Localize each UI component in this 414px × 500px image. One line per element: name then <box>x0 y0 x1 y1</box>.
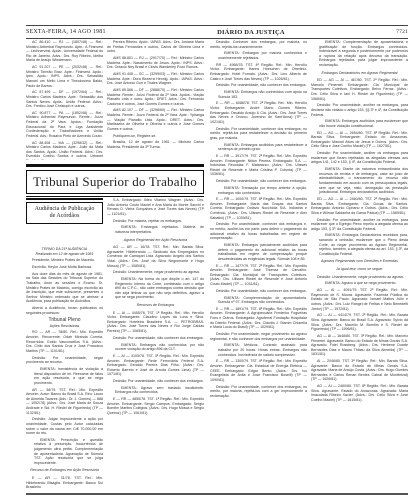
decision: Decisão: Por unanimidade, negar provimen… <box>210 332 307 341</box>
case-entry: E — RR — 1477/79. TST. 2ª Região. Rel.: … <box>210 264 307 287</box>
case-entry: E — RR — 6088/78. TST. 2ª Região. Rel.: … <box>210 101 307 124</box>
article-paragraph: AC 87.499 — DF — (1972/64) — Rel.: Minis… <box>26 90 103 108</box>
decision: Decisão: Por unanimidade, acolher os emb… <box>311 151 408 165</box>
ementa: EMENTA: Diante da natureza extraordinári… <box>319 167 408 195</box>
case-entry: E — AI — 4455/78. TST. 1ª Região. Rel.: … <box>107 311 204 334</box>
column-1-top: AC 86.410 — RJ — (1807/48) — Rel.: Minis… <box>26 40 103 160</box>
article-paragraph: Publiquem-se, Registre-se. <box>107 134 204 139</box>
article-paragraph: AC 86.410 — RJ — (1807/48) — Rel.: Minis… <box>26 40 103 63</box>
article-paragraph: Aos doze dias do mês de agosto de 1981, … <box>26 272 103 304</box>
sub-banner: Audiência de Publicação de Acórdãos <box>26 198 103 226</box>
session-date: Realizada em 12 de agosto de 1981 <box>26 252 103 257</box>
case-entry: AG — AR — 16/78. TST. Rel.: Min. Barata … <box>107 245 204 268</box>
publication-title: DIÁRIO DA JUSTIÇA <box>217 29 285 36</box>
article-paragraph: AC 90.877 — PA — (1852/48) — Rel.: Minis… <box>26 111 103 139</box>
case-entry: AI — 2046/80. TST. 3ª Região. Rel.: Min.… <box>311 359 408 382</box>
article-paragraph: AMS 91.408 — SC — (3299/03) — Rel.: Mini… <box>107 72 204 86</box>
case-entry: AG — AI — 1648/80. TST. 3ª Região. Rel.:… <box>311 334 408 357</box>
subsection-heading: Recurso de Embargos em Ação Rescisória <box>26 468 103 473</box>
decision: Decisão: Por unanimidade, não conhecer d… <box>107 379 204 384</box>
case-entry: E — AR — 31/78. TST. Rel.: Min. Hildebra… <box>26 476 103 490</box>
case-entry: AR — 38/79. TST. Rel.: Min. Expedito Amo… <box>26 388 103 416</box>
decision: Decisão: Unanimemente, negar provimento … <box>107 270 204 275</box>
case-entry: E — RR — 1000/79. TST. 8ª Região. Rel.: … <box>210 197 307 220</box>
case-entry: E — RR — 1891/79. TST. 8ª Região. Rel.: … <box>210 307 307 330</box>
decision: Decisão: Por unanimidade, não conhecer d… <box>210 289 307 294</box>
page-number: 7721 <box>396 29 408 35</box>
ementa: EMENTA: Complementação de aposentadoria … <box>319 40 408 68</box>
case-entry: RR — 4968/78. TST. 4ª Região. Rel.: Min.… <box>210 63 307 81</box>
ementa: EMENTA: Agravo sem traslado insuficiente… <box>115 386 204 395</box>
article-paragraph: Brasília, 12 de agosto de 1981 — Ministr… <box>107 140 204 149</box>
case-entry: E — AI — 3105/78. TST. 3ª Região. Rel.: … <box>107 354 204 377</box>
article-paragraph: AMS 89.566 — DF — (2888/70) — Rel.: Mini… <box>107 88 204 106</box>
decision: Decisão: Por maioria, rejeitar os embarg… <box>107 219 204 224</box>
section-subtitle: Ações Rescisórias <box>26 324 103 329</box>
session-clerk: Escrivão: Heylor José Motta Barbosa. <box>26 265 103 270</box>
ementa: EMENTA: Embargos por maioria conhecidos … <box>218 51 307 60</box>
issue-date: SEXTA-FEIRA, 14 AGO 1981 <box>26 29 106 35</box>
page-header: SEXTA-FEIRA, 14 AGO 1981 DIÁRIO DA JUSTI… <box>26 25 408 39</box>
column-2-bottom: S.A. Embargado: Ildeu Vilarino Wagner. (… <box>107 198 204 494</box>
bottom-rule <box>26 493 408 495</box>
section-banner: Tribunal Superior do Trabalho <box>26 164 204 197</box>
case-entry: S.A. Embargado: Ildeu Vilarino Wagner. (… <box>107 198 204 216</box>
decision: Decisão: Por unanimidade, não conhecer d… <box>107 336 204 341</box>
decision: Decisão: Por unanimidade, conhecer dos e… <box>210 385 307 399</box>
ementa: EMENTA: Embargos rejeitados. Matéria de … <box>115 225 204 234</box>
column-4: EMENTA: Complementação de aposentadoria … <box>311 40 408 495</box>
article-paragraph: AMS 88.801 — RJ — (2917/70) — Rel.: Mini… <box>107 56 204 70</box>
subsection-note: Já igual teor, como se segue: <box>311 267 408 272</box>
article-paragraph: AMS 82.107 — DF — (3298/60) — Rel.: Mini… <box>107 108 204 131</box>
case-entry: ED — AG — AI — 2460/80. TST. 2ª Região. … <box>311 197 408 215</box>
ementa: EMENTA: Complementação de aposentadoria.… <box>218 296 307 305</box>
decision: Decisão: Por unanimidade, acolher os emb… <box>311 218 408 232</box>
ementa: EMENTA: Agravo a que se nega provimento. <box>319 281 408 286</box>
decision: Decisão: Por unanimidade, não conhecer d… <box>210 179 307 184</box>
section-title: Tribunal Pleno <box>26 318 103 323</box>
banner-title: Tribunal Superior do Trabalho <box>26 170 204 194</box>
case-entry: ED — AG — AI — 467/80. TST. 2ª Região. R… <box>311 78 408 101</box>
decision: Decisão: Por unanimidade, conhecer dos e… <box>210 127 307 141</box>
ementa: EMENTA: Embargos não conhecidos por não … <box>115 343 204 352</box>
subsection-heading: Embargos Declaratórios em Agravo Regimen… <box>311 71 408 76</box>
ementa: EMENTA: Embargos acolhidos para restabel… <box>218 143 307 152</box>
decision: Decisão: Unanimemente, negar provimento … <box>311 275 408 280</box>
session-president: Presidente: Ministro Prates de Macedo. <box>26 258 103 263</box>
decision: Decisão: Por unanimidade, não conhecer d… <box>210 83 307 88</box>
decision: Decisão: Conhecer dos embargos, por maio… <box>210 40 307 49</box>
column-2-top: Pereira Ribeiro. Apdo.: IAPAS. Advs.: Dr… <box>107 40 204 160</box>
column-3: Decisão: Conhecer dos embargos, por maio… <box>210 40 307 495</box>
ementa: EMENTA: Embargos Declaratórios recebidos… <box>319 233 408 256</box>
article-paragraph: AC 88.408 — MA — (3298/32) — Rel.: Minis… <box>26 141 103 160</box>
case-entry: ED — AG — AI — 2654/80. TST. 8ª Região. … <box>311 131 408 149</box>
decision: Decisão: Por unanimidade, acolher os emb… <box>311 103 408 117</box>
case-entry: E — RR — 4855/78. TST. 1ª Região. Rel.: … <box>107 397 204 415</box>
sub-banner-line-1: Audiência de Publicação <box>35 206 95 213</box>
case-entry: AG — AI — 4414/79. TST. 2ª Região. Rel.:… <box>311 313 408 331</box>
sub-banner-line-2: de Acórdãos <box>50 213 80 220</box>
ementa: EMENTA: Inexistência de violação a liter… <box>34 367 103 385</box>
subsection-heading: Agravo Regimental em Ação Rescisória <box>107 238 204 243</box>
article-paragraph: Aberta a Audiência, foram publicados os … <box>26 306 103 315</box>
case-entry: E — RR — 3917/79. TST. 2ª Região. Rel.: … <box>210 154 307 177</box>
case-entry: RO — AR — 78/80. Rel.: Min. Expedito Amo… <box>26 330 103 353</box>
decision: Decisão: Por unanimidade, conhecer dos e… <box>210 222 307 240</box>
case-entry: AG — AI — 4091/79. TST. 2ª Região. Rel.:… <box>311 288 408 311</box>
subsection-heading: Agravos Regimentais com Decisões e Emend… <box>311 259 408 264</box>
ementa: EMENTA: Transação por tempo anterior à o… <box>218 186 307 195</box>
case-entry: E — RR — 1300/79. TST. 4ª Região. Rel.: … <box>210 359 307 382</box>
subsection-heading: Recursos de Embargos <box>107 303 204 308</box>
decision: Decisão: Por unanimidade, negar provimen… <box>26 356 103 365</box>
column-1-bottom: TERMO DA 21ª AUDIÊNCIA Realizada em 12 d… <box>26 247 103 492</box>
ementa: EMENTA: Prescrição e questão relativa à … <box>34 438 103 466</box>
newspaper-page: SEXTA-FEIRA, 14 AGO 1981 DIÁRIO DA JUSTI… <box>0 0 414 500</box>
case-entry: AG — AI — 2460/80. TST. 8ª Região. Rel.:… <box>311 384 408 402</box>
decision: Decisão: Julgar improcedente a ação por … <box>26 417 103 435</box>
ementa: EMENTA: Embargos acolhidos para esclarec… <box>319 119 408 128</box>
article-paragraph: AC 91.207 — PE — (2032/48) — Rel.: Minis… <box>26 65 103 88</box>
ementa: EMENTA: Embargos parcialmente acolhidos … <box>218 243 307 261</box>
ementa: EMENTA: Na forma do que dispõe o art. 14… <box>115 277 204 300</box>
ementa: EMENTA: Embargos não conhecidos com apoi… <box>218 90 307 99</box>
ementa: EMENTA: Médicos. Contrato assinado para … <box>218 343 307 357</box>
article-paragraph: Pereira Ribeiro. Apdo.: IAPAS. Advs.: Dr… <box>107 40 204 54</box>
